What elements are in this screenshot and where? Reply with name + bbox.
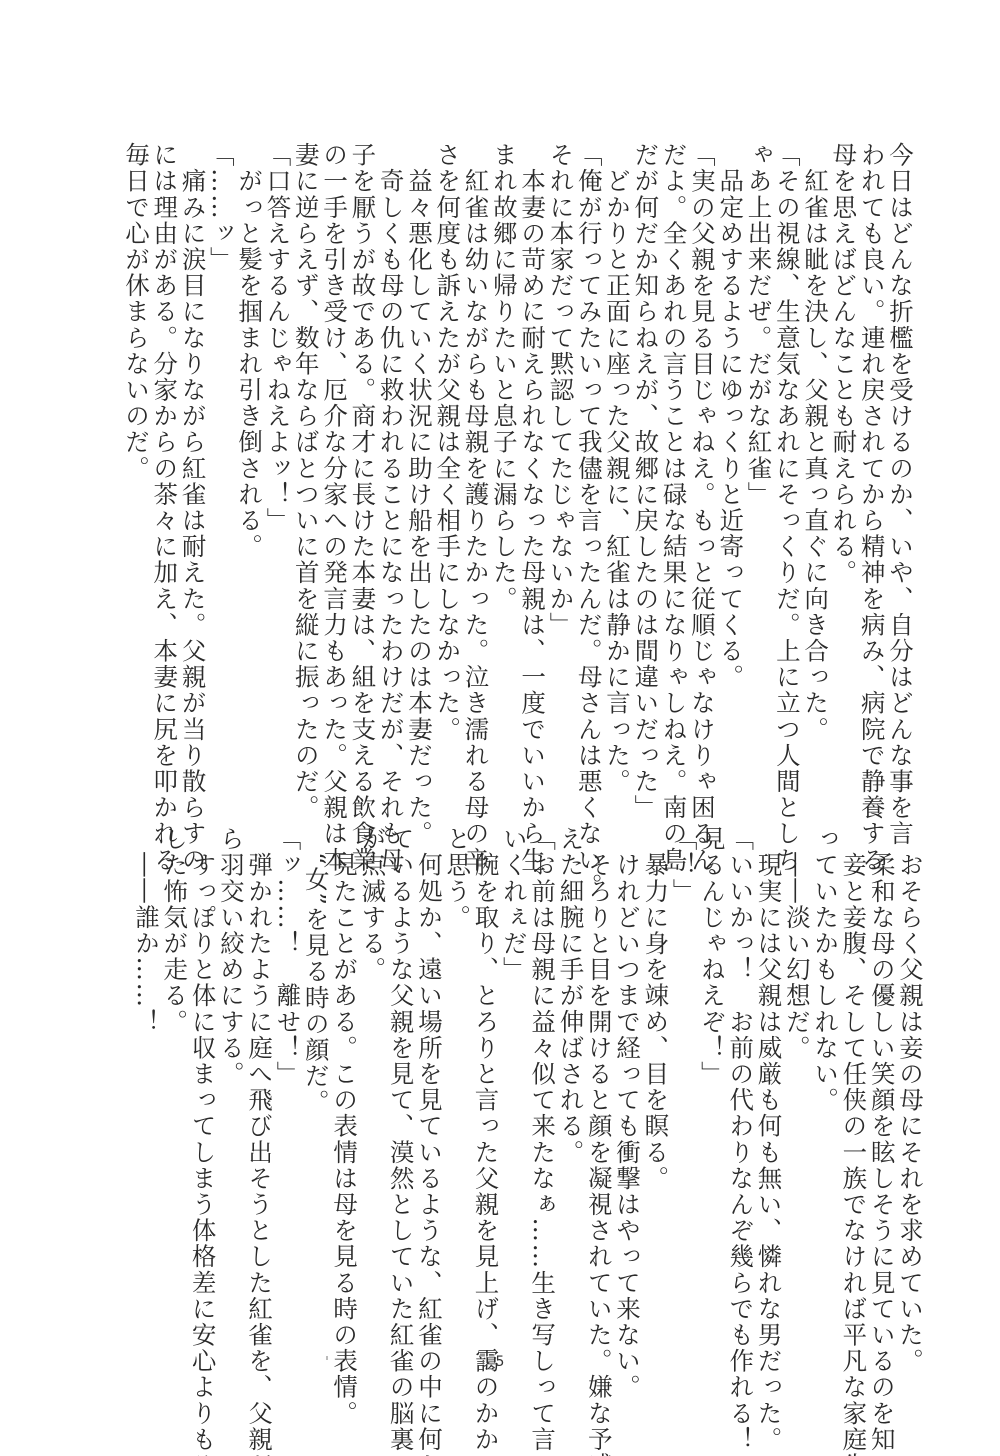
text-column: 妻に逆らえず、数年ならばとついに首を縦に振ったのだ。	[291, 142, 319, 762]
text-column: 「ッ……！ 離せ！」	[273, 826, 301, 1386]
text-column: 柔和な母の優しい笑顔を眩しそうに見ているのを知っている。	[867, 826, 895, 1386]
text-column: っていたかもしれない。	[811, 826, 839, 1386]
text-column: には理由がある。分家からの茶々に加え、本妻に尻を叩かれる	[150, 142, 178, 762]
text-column: 「口答えするんじゃねえよッ！」	[263, 142, 291, 762]
text-column: 「実の父親を見る目じゃねえ。もっと従順じゃなけりゃ困るん	[688, 142, 716, 762]
text-column: それに本家だって黙認してたじゃないか」	[546, 142, 574, 762]
text-column: まれ故郷に帰りたいと息子に漏らした。	[490, 142, 518, 762]
text-column: と思う。	[443, 826, 471, 1386]
text-column: だよ。全くあれの言うことは碌な結果になりゃしねえ。南の島	[659, 142, 687, 762]
text-column: “女”を見る時の顔だ。	[301, 826, 329, 1386]
text-column: いくれぇだ」	[500, 826, 528, 1386]
text-column: がっと髪を掴まれ引き倒される。	[235, 142, 263, 762]
text-column: 奇しくも母の仇に救われることになったわけだが、それも母	[376, 142, 404, 762]
text-column: した怖気が走る。	[160, 826, 188, 1386]
text-column: ゃあ上出来だぜ。だがな紅雀」	[744, 142, 772, 762]
text-column: 「お前は母親に益々似て来たなぁ……生き写しって言ってもい	[528, 826, 556, 1386]
text-column: 「俺が行ってみたいって我儘を言ったんだ。母さんは悪くない。	[574, 142, 602, 762]
bottom-text-block: おそらく父親は妾の母にそれを求めていた。 柔和な母の優しい笑顔を眩しそうに見てい…	[114, 826, 924, 1386]
text-column: ているような父親を見て、漠然としていた紅雀の脳裏に赤く光	[386, 826, 414, 1386]
text-column: ――淡い幻想だ。	[783, 826, 811, 1386]
text-column: だが何だか知らねえが、故郷に戻したのは間違いだった」	[631, 142, 659, 762]
text-column: われても良い。連れ戻されてから精神を病み、病院で静養する	[857, 142, 885, 762]
text-column: 母を思えばどんなことも耐えられる。	[829, 142, 857, 762]
text-column: 紅雀は眦を決し、父親と真っ直ぐに向き合った。	[801, 142, 829, 762]
text-column: どかりと正面に座った父親に、紅雀は静かに言った。	[603, 142, 631, 762]
text-column: すっぽりと体に収まってしまう体格差に安心よりもぞくりと	[188, 826, 216, 1386]
text-column: 痛みに涙目になりながら紅雀は耐えた。父親が当り散らすの	[178, 142, 206, 762]
text-column: 腕を取り、とろりと言った父親を見上げ、靄のかかった顔だ	[471, 826, 499, 1386]
text-column: おそらく父親は妾の母にそれを求めていた。	[896, 826, 924, 1386]
text-column: 「その視線、生意気なあれにそっくりだ。上に立つ人間としち	[773, 142, 801, 762]
text-column: えた細腕に手が伸ばされる。	[556, 826, 584, 1386]
text-column: 紅雀は幼いながらも母親を護りたかった。泣き濡れる母の辛	[461, 142, 489, 762]
text-column: さを何度も訴えたが父親は全く相手にしなかった。	[433, 142, 461, 762]
text-column: 益々悪化していく状況に助け船を出したのは本妻だった。	[405, 142, 433, 762]
text-column: が点滅する。	[358, 826, 386, 1386]
text-column: 妾と妾腹、そして任侠の一族でなければ平凡な家庭生活を送	[839, 826, 867, 1386]
text-column: ――誰か……！	[132, 826, 160, 1386]
text-column: 毎日で心が休まらないのだ。	[122, 142, 150, 762]
text-column: 本妻の苛めに耐えられなくなった母親は、一度でいいから生	[518, 142, 546, 762]
text-column: ら羽交い絞めにする。	[217, 826, 245, 1386]
top-text-block: 今日はどんな折檻を受けるのか、いや、自分はどんな事を言 われても良い。連れ戻され…	[114, 142, 914, 762]
text-column: 「！」	[669, 826, 697, 1386]
text-column: 見るんじゃねえぞ！」	[698, 826, 726, 1386]
text-column: 「……ッ」	[207, 142, 235, 762]
text-column: の一手を引き受け、厄介な分家への発言力もあった。父親は本	[320, 142, 348, 762]
text-column: 見たことがある。この表情は母を見る時の表情。	[330, 826, 358, 1386]
text-column: けれどいつまで経っても衝撃はやって来ない。	[613, 826, 641, 1386]
text-column: 弾かれたように庭へ飛び出そうとした紅雀を、父親が後ろか	[245, 826, 273, 1386]
text-column: 「いいかっ！ お前の代わりなんぞ幾らでも作れる！ 足元を	[726, 826, 754, 1386]
text-column: 今日はどんな折檻を受けるのか、いや、自分はどんな事を言	[886, 142, 914, 762]
text-column: そろりと目を開けると顔を凝視されていた。嫌な予感に身構	[584, 826, 612, 1386]
text-column: 暴力に身を竦め、目を瞑る。	[641, 826, 669, 1386]
text-column: 子を厭うが故である。商才に長けた本妻は、組を支える飲食業	[348, 142, 376, 762]
text-column: 品定めするようにゆっくりと近寄ってくる。	[716, 142, 744, 762]
text-column: 現実には父親は威厳も何も無い、憐れな男だった。	[754, 826, 782, 1386]
text-column: 何処か、遠い場所を見ているような、紅雀の中に何かを探し	[415, 826, 443, 1386]
page-number: 5	[0, 1354, 1000, 1370]
